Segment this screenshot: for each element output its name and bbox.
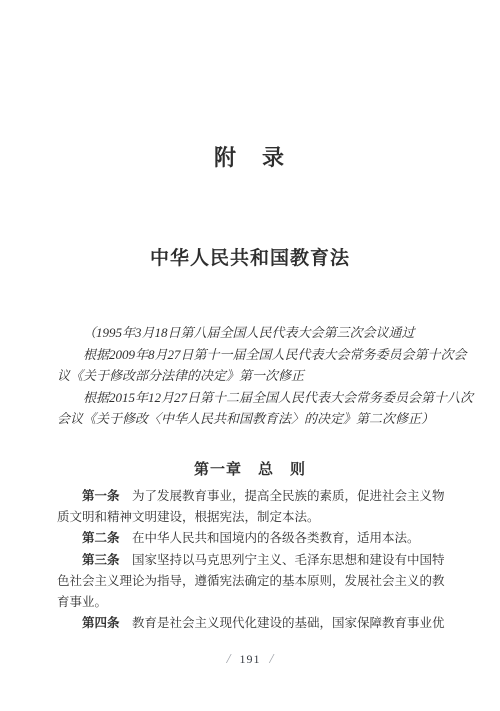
article-line: 育事业。 [57, 592, 435, 613]
page-number: 191 [240, 652, 261, 666]
preamble-line: 议《关于修改部分法律的决定》第一次修正 [57, 365, 435, 387]
preamble-line-text: 根据2009年8月27日第十一届全国人民代表大会常务委员会第十次会 [83, 347, 467, 362]
article-number-label: 第二条 [82, 531, 120, 545]
article-text: 教育是社会主义现代化建设的基础，国家保障教育事业优 [132, 616, 445, 630]
chapter-heading: 第一章 总 则 [0, 458, 500, 479]
preamble-line: （1995年3月18日第八届全国人民代表大会第三次会议通过 [57, 322, 435, 344]
preamble-line-text: （1995年3月18日第八届全国人民代表大会第三次会议通过 [83, 325, 415, 340]
article-line: 第一条为了发展教育事业，提高全民族的素质，促进社会主义物 [57, 486, 435, 507]
preamble-line: 会议《关于修改〈中华人民共和国教育法〉的决定》第二次修正） [57, 408, 435, 430]
preamble-line-text: 会议《关于修改〈中华人民共和国教育法〉的决定》第二次修正） [57, 411, 434, 426]
preamble-line-text: 议《关于修改部分法律的决定》第一次修正 [57, 368, 304, 383]
article-text: 为了发展教育事业，提高全民族的素质，促进社会主义物 [132, 489, 445, 503]
article-number-label: 第一条 [82, 489, 120, 503]
preamble: （1995年3月18日第八届全国人民代表大会第三次会议通过根据2009年8月27… [57, 322, 435, 430]
article-line: 色社会主义理论为指导，遵循宪法确定的基本原则，发展社会主义的教 [57, 571, 435, 592]
preamble-line: 根据2009年8月27日第十一届全国人民代表大会常务委员会第十次会 [57, 344, 435, 366]
article-line: 第二条在中华人民共和国境内的各级各类教育，适用本法。 [57, 528, 435, 549]
book-page: 附 录 中华人民共和国教育法 （1995年3月18日第八届全国人民代表大会第三次… [0, 0, 500, 711]
article-text: 色社会主义理论为指导，遵循宪法确定的基本原则，发展社会主义的教 [57, 574, 445, 588]
footer-left-slash-icon: / [227, 652, 231, 667]
articles-block: 第一条为了发展教育事业，提高全民族的素质，促进社会主义物质文明和精神文明建设，根… [57, 486, 435, 634]
law-title: 中华人民共和国教育法 [0, 243, 500, 270]
article-text: 国家坚持以马克思列宁主义、毛泽东思想和建设有中国特 [132, 553, 445, 567]
footer-right-slash-icon: / [270, 652, 274, 667]
article-line: 第三条国家坚持以马克思列宁主义、毛泽东思想和建设有中国特 [57, 550, 435, 571]
article-text: 育事业。 [57, 595, 107, 609]
article-number-label: 第四条 [82, 616, 120, 630]
preamble-line: 根据2015年12月27日第十二届全国人民代表大会常务委员会第十八次 [57, 387, 435, 409]
article-number-label: 第三条 [82, 553, 120, 567]
article-text: 在中华人民共和国境内的各级各类教育，适用本法。 [132, 531, 420, 545]
article-text: 质文明和精神文明建设，根据宪法，制定本法。 [57, 510, 320, 524]
appendix-heading: 附 录 [0, 141, 500, 172]
article-line: 质文明和精神文明建设，根据宪法，制定本法。 [57, 507, 435, 528]
article-line: 第四条教育是社会主义现代化建设的基础，国家保障教育事业优 [57, 613, 435, 634]
preamble-line-text: 根据2015年12月27日第十二届全国人民代表大会常务委员会第十八次 [83, 390, 473, 405]
page-footer: /191/ [0, 652, 500, 668]
